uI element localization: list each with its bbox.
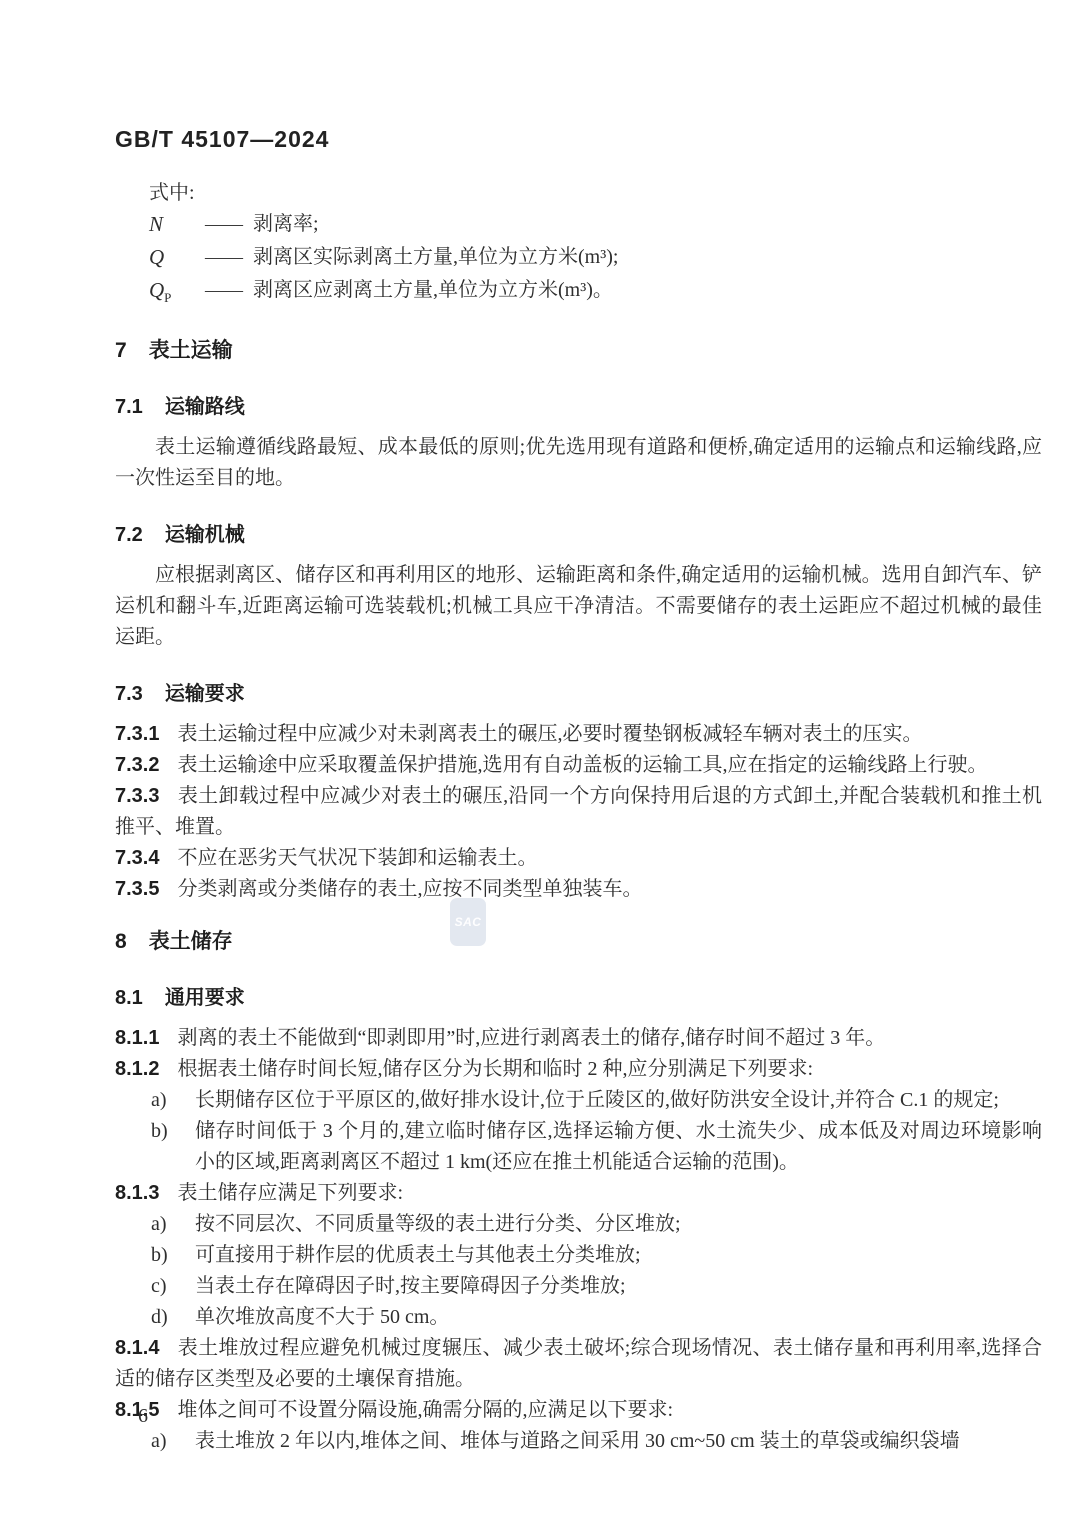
heading-title: 运输机械 [165, 524, 245, 546]
list-item-letter: c) [115, 1271, 195, 1302]
subsection-heading: 8.1通用要求 [115, 983, 1042, 1013]
heading-number: 7.1 [115, 396, 143, 418]
clause-text: 表土运输过程中应减少对未剥离表土的碾压,必要时覆垫钢板减轻车辆对表土的压实。 [177, 723, 922, 745]
lettered-list-item: c)当表土存在障碍因子时,按主要障碍因子分类堆放; [115, 1271, 1042, 1302]
lettered-list-item: b)储存时间低于 3 个月的,建立临时储存区,选择运输方便、水土流失少、成本低及… [115, 1116, 1042, 1178]
numbered-clause: 8.1.1剥离的表土不能做到“即剥即用”时,应进行剥离表土的储存,储存时间不超过… [115, 1023, 1042, 1054]
heading-number: 7.2 [115, 524, 143, 546]
lettered-list-item: a)长期储存区位于平原区的,做好排水设计,位于丘陵区的,做好防洪安全设计,并符合… [115, 1085, 1042, 1116]
numbered-clause: 8.1.3表土储存应满足下列要求: [115, 1178, 1042, 1209]
list-item-letter: a) [115, 1209, 195, 1240]
clause-number: 8.1.4 [115, 1337, 159, 1359]
clause-text: 表土堆放过程应避免机械过度辗压、减少表土破坏;综合现场情况、表土储存量和再利用率… [115, 1337, 1042, 1390]
list-item-text: 储存时间低于 3 个月的,建立临时储存区,选择运输方便、水土流失少、成本低及对周… [195, 1116, 1042, 1178]
standard-number-header: GB/T 45107—2024 [115, 126, 1042, 152]
subsection-heading: 7.2运输机械 [115, 520, 1042, 550]
clause-text: 根据表土储存时间长短,储存区分为长期和临时 2 种,应分别满足下列要求: [177, 1058, 813, 1080]
formula-symbol: Q [149, 241, 205, 274]
heading-number: 8.1 [115, 987, 143, 1009]
list-item-letter: a) [115, 1426, 195, 1457]
clause-number: 8.1.2 [115, 1058, 159, 1080]
clause-text: 表土卸载过程中应减少对表土的碾压,沿同一个方向保持用后退的方式卸土,并配合装载机… [115, 785, 1042, 838]
formula-symbol-description: 剥离率; [253, 208, 1042, 241]
document-blocks: 7表土运输7.1运输路线表土运输遵循线路最短、成本最低的原则;优先选用现有道路和… [115, 336, 1042, 1457]
numbered-clause: 8.1.2根据表土储存时间长短,储存区分为长期和临时 2 种,应分别满足下列要求… [115, 1054, 1042, 1085]
clause-text: 剥离的表土不能做到“即剥即用”时,应进行剥离表土的储存,储存时间不超过 3 年。 [177, 1027, 885, 1049]
list-item-text: 按不同层次、不同质量等级的表土进行分类、分区堆放; [195, 1209, 1042, 1240]
lettered-list-item: a)按不同层次、不同质量等级的表土进行分类、分区堆放; [115, 1209, 1042, 1240]
numbered-clause: 7.3.4不应在恶劣天气状况下装卸和运输表土。 [115, 843, 1042, 874]
definition-dash: —— [205, 274, 253, 307]
document-content: GB/T 45107—2024 式中: N——剥离率;Q——剥离区实际剥离土方量… [115, 0, 1042, 1457]
formula-definition-row: Q——剥离区实际剥离土方量,单位为立方米(m³); [149, 241, 1042, 274]
heading-number: 7.3 [115, 683, 143, 705]
clause-number: 7.3.2 [115, 754, 159, 776]
heading-title: 表土运输 [149, 339, 233, 362]
clause-number: 7.3.4 [115, 847, 159, 869]
list-item-text: 可直接用于耕作层的优质表土与其他表土分类堆放; [195, 1240, 1042, 1271]
clause-text: 堆体之间可不设置分隔设施,确需分隔的,应满足以下要求: [177, 1399, 673, 1421]
lettered-list-item: b)可直接用于耕作层的优质表土与其他表土分类堆放; [115, 1240, 1042, 1271]
list-item-text: 当表土存在障碍因子时,按主要障碍因子分类堆放; [195, 1271, 1042, 1302]
clause-number: 7.3.5 [115, 878, 159, 900]
body-paragraph: 应根据剥离区、储存区和再利用区的地形、运输距离和条件,确定适用的运输机械。选用自… [115, 560, 1042, 653]
list-item-letter: d) [115, 1302, 195, 1333]
numbered-clause: 7.3.3表土卸载过程中应减少对表土的碾压,沿同一个方向保持用后退的方式卸土,并… [115, 781, 1042, 843]
numbered-clause: 8.1.4表土堆放过程应避免机械过度辗压、减少表土破坏;综合现场情况、表土储存量… [115, 1333, 1042, 1395]
clause-number: 7.3.1 [115, 723, 159, 745]
list-item-letter: b) [115, 1240, 195, 1271]
heading-title: 通用要求 [165, 987, 245, 1009]
numbered-clause: 7.3.1表土运输过程中应减少对未剥离表土的碾压,必要时覆垫钢板减轻车辆对表土的… [115, 719, 1042, 750]
definition-dash: —— [205, 208, 253, 241]
section-heading: 8表土储存 [115, 927, 1042, 957]
body-paragraph: 表土运输遵循线路最短、成本最低的原则;优先选用现有道路和便桥,确定适用的运输点和… [115, 432, 1042, 494]
clause-number: 8.1.3 [115, 1182, 159, 1204]
list-item-text: 单次堆放高度不大于 50 cm。 [195, 1302, 1042, 1333]
heading-title: 运输路线 [165, 396, 245, 418]
list-item-letter: b) [115, 1116, 195, 1178]
formula-symbol: N [149, 208, 205, 241]
formula-where-label: 式中: [149, 178, 1042, 208]
subsection-heading: 7.3运输要求 [115, 679, 1042, 709]
sac-watermark-logo: SAC [450, 898, 486, 946]
formula-definitions: N——剥离率;Q——剥离区实际剥离土方量,单位为立方米(m³);QP——剥离区应… [115, 208, 1042, 314]
formula-symbol-description: 剥离区实际剥离土方量,单位为立方米(m³); [253, 241, 1042, 274]
clause-text: 表土运输途中应采取覆盖保护措施,选用有自动盖板的运输工具,应在指定的运输线路上行… [177, 754, 987, 776]
heading-number: 8 [115, 930, 127, 953]
lettered-list-item: d)单次堆放高度不大于 50 cm。 [115, 1302, 1042, 1333]
clause-text: 表土储存应满足下列要求: [177, 1182, 403, 1204]
clause-text: 不应在恶劣天气状况下装卸和运输表土。 [177, 847, 537, 869]
document-page: GB/T 45107—2024 式中: N——剥离率;Q——剥离区实际剥离土方量… [0, 0, 1080, 1529]
list-item-text: 长期储存区位于平原区的,做好排水设计,位于丘陵区的,做好防洪安全设计,并符合 C… [195, 1085, 1042, 1116]
numbered-clause: 8.1.5堆体之间可不设置分隔设施,确需分隔的,应满足以下要求: [115, 1395, 1042, 1426]
formula-definition-row: N——剥离率; [149, 208, 1042, 241]
formula-definition-row: QP——剥离区应剥离土方量,单位为立方米(m³)。 [149, 274, 1042, 314]
clause-number: 7.3.3 [115, 785, 159, 807]
clause-number: 8.1.1 [115, 1027, 159, 1049]
section-heading: 7表土运输 [115, 336, 1042, 366]
numbered-clause: 7.3.5分类剥离或分类储存的表土,应按不同类型单独装车。 [115, 874, 1042, 905]
list-item-text: 表土堆放 2 年以内,堆体之间、堆体与道路之间采用 30 cm~50 cm 装土… [195, 1426, 1042, 1457]
heading-title: 表土储存 [149, 930, 233, 953]
lettered-list-item: a)表土堆放 2 年以内,堆体之间、堆体与道路之间采用 30 cm~50 cm … [115, 1426, 1042, 1457]
heading-number: 7 [115, 339, 127, 362]
page-number: 6 [138, 1403, 148, 1429]
clause-text: 分类剥离或分类储存的表土,应按不同类型单独装车。 [177, 878, 642, 900]
definition-dash: —— [205, 241, 253, 274]
subsection-heading: 7.1运输路线 [115, 392, 1042, 422]
heading-title: 运输要求 [165, 683, 245, 705]
formula-symbol-description: 剥离区应剥离土方量,单位为立方米(m³)。 [253, 274, 1042, 307]
list-item-letter: a) [115, 1085, 195, 1116]
numbered-clause: 7.3.2表土运输途中应采取覆盖保护措施,选用有自动盖板的运输工具,应在指定的运… [115, 750, 1042, 781]
formula-symbol: QP [149, 274, 205, 314]
